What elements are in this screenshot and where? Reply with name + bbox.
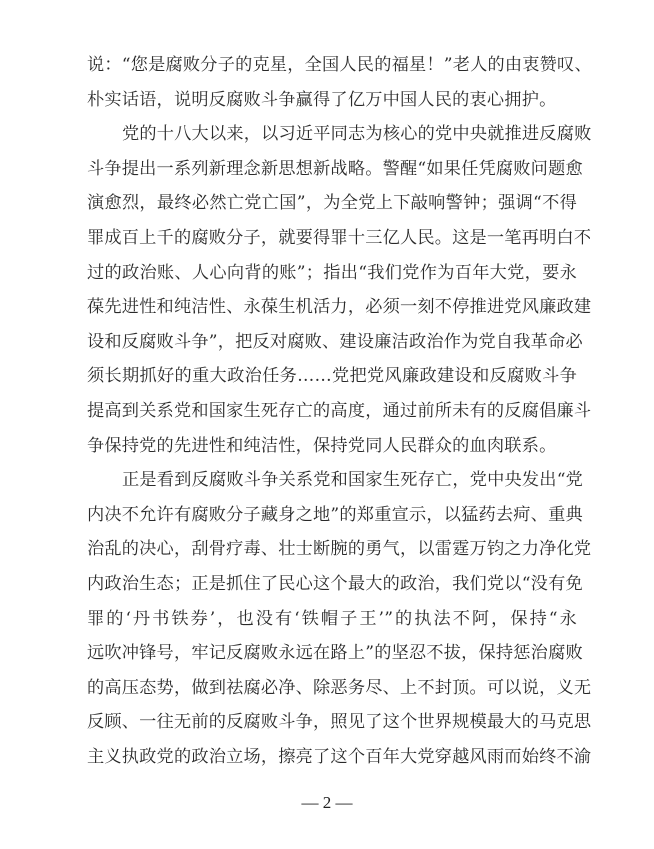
text-line: 演愈烈，最终必然亡党亡国”，为全党上下敲响警钟；强调“不得 bbox=[87, 186, 577, 221]
text-line: 远吹冲锋号，牢记反腐败永远在路上”的坚忍不拔，保持惩治腐败 bbox=[87, 636, 577, 671]
document-body: 说：“您是腐败分子的克星，全国人民的福星！”老人的由衷赞叹、 朴实话语，说明反腐… bbox=[87, 48, 577, 774]
text-line: 葆先进性和纯洁性、永葆生机活力，必须一刻不停推进党风廉政建 bbox=[87, 290, 577, 325]
text-line: 说：“您是腐败分子的克星，全国人民的福星！”老人的由衷赞叹、 bbox=[87, 48, 577, 83]
text-line: 斗争提出一系列新理念新思想新战略。警醒“如果任凭腐败问题愈 bbox=[87, 152, 577, 187]
page-number: — 2 — bbox=[0, 793, 654, 813]
text-line: 罪成百上千的腐败分子，就要得罪十三亿人民。这是一笔再明白不 bbox=[87, 221, 577, 256]
text-line: 治乱的决心，刮骨疗毒、壮士断腕的勇气，以雷霆万钧之力净化党 bbox=[87, 532, 577, 567]
text-line: 正是看到反腐败斗争关系党和国家生死存亡，党中央发出“党 bbox=[87, 463, 577, 498]
text-line: 设和反腐败斗争”，把反对腐败、建设廉洁政治作为党自我革命必 bbox=[87, 325, 577, 360]
text-line: 罪的‘丹书铁券’，也没有‘铁帽子王’”的执法不阿，保持“永 bbox=[87, 602, 577, 637]
text-line: 内决不允许有腐败分子藏身之地”的郑重宣示，以猛药去疴、重典 bbox=[87, 498, 577, 533]
text-line: 过的政治账、人心向背的账”；指出“我们党作为百年大党，要永 bbox=[87, 256, 577, 291]
text-line: 争保持党的先进性和纯洁性，保持党同人民群众的血肉联系。 bbox=[87, 429, 577, 464]
text-line: 反顾、一往无前的反腐败斗争，照见了这个世界规模最大的马克思 bbox=[87, 705, 577, 740]
text-line: 朴实话语，说明反腐败斗争赢得了亿万中国人民的衷心拥护。 bbox=[87, 83, 577, 118]
paragraph-2: 党的十八大以来，以习近平同志为核心的党中央就推进反腐败 斗争提出一系列新理念新思… bbox=[87, 117, 577, 463]
paragraph-3: 正是看到反腐败斗争关系党和国家生死存亡，党中央发出“党 内决不允许有腐败分子藏身… bbox=[87, 463, 577, 774]
text-line: 须长期抓好的重大政治任务……党把党风廉政建设和反腐败斗争 bbox=[87, 359, 577, 394]
text-line: 提高到关系党和国家生死存亡的高度，通过前所未有的反腐倡廉斗 bbox=[87, 394, 577, 429]
text-line: 的高压态势，做到祛腐必净、除恶务尽、上不封顶。可以说，义无 bbox=[87, 671, 577, 706]
paragraph-1: 说：“您是腐败分子的克星，全国人民的福星！”老人的由衷赞叹、 朴实话语，说明反腐… bbox=[87, 48, 577, 117]
text-line: 主义执政党的政治立场，擦亮了这个百年大党穿越风雨而始终不渝 bbox=[87, 740, 577, 775]
text-line: 党的十八大以来，以习近平同志为核心的党中央就推进反腐败 bbox=[87, 117, 577, 152]
text-line: 内政治生态；正是抓住了民心这个最大的政治，我们党以“没有免 bbox=[87, 567, 577, 602]
